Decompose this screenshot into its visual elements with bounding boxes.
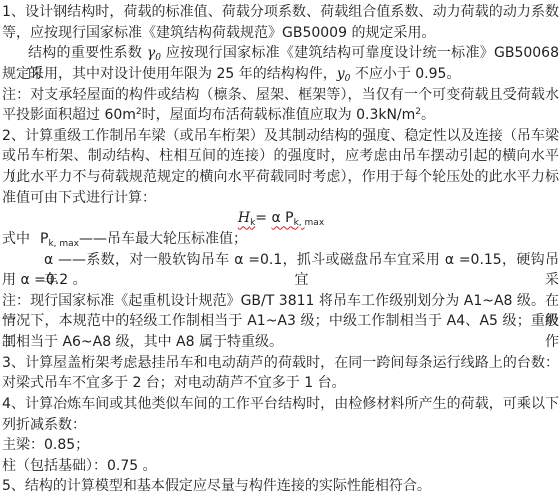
item4-line1: 4、计算冶炼车间或其他类似车间的工作平台结构时，由检修材料所产生的荷载，可乘以下 xyxy=(2,394,560,415)
text-run: 时，屋面均布活荷载标准值应取为 0.3kN/m xyxy=(142,107,416,123)
note1-line1: 注：对支承轻屋面的构件或结构（檩条、屋架、框架等），当仅有一个可变荷载且受荷载水 xyxy=(2,85,560,106)
item2-line1: 2、计算重级工作制吊车梁（或吊车桁架）及其制动结构的强度、稳定性以及连接（吊车梁 xyxy=(2,126,560,147)
P-subscript-k: k, xyxy=(294,218,305,228)
text-run: 列折减系数： xyxy=(2,417,86,433)
formula-Hk: Hk xyxy=(238,210,255,226)
text-run: 5、结构的计算模型和基本假定应尽量与构件连接的实际性能相符合。 xyxy=(2,478,431,494)
text-run: 注：对支承轻屋面的构件或结构（檩条、屋架、框架等），当仅有一个可变荷载且受荷载水 xyxy=(2,87,559,103)
text-run: 主梁：0.85； xyxy=(2,437,89,453)
item5-line: 5、结构的计算模型和基本假定应尽量与构件连接的实际性能相符合。 xyxy=(2,476,560,497)
subscript-max: max xyxy=(305,218,325,228)
text-run: 准值可由下式进行计算： xyxy=(2,190,156,206)
item2-line3: （此水平力不与荷载规范规定的横向水平荷载同时考虑），作用于每个轮压处的此水平力标 xyxy=(2,167,560,188)
note2-line2: 情况下，本规范中的轻级工作制相当于 A1~A3 级；中级工作制相当于 A4、A5… xyxy=(2,311,560,332)
importance-factor-line2: 规定采用，其中对设计使用年限为 25 年的结构构件，y0 不应小于 0.95。 xyxy=(2,64,560,85)
text-run: 等，应按现行国家标准《建筑结构荷载规范》GB50009 的规定采用。 xyxy=(2,25,435,41)
formula-line: Hk= α Pk, max xyxy=(2,208,560,229)
note2-line1: 注：现行国家标准《起重机设计规范》GB/T 3811 将吊车工作级别划分为 A1… xyxy=(2,291,560,312)
text-run: 式中 xyxy=(2,231,30,247)
item2-line4: 准值可由下式进行计算： xyxy=(2,188,560,209)
item4-line2: 列折减系数： xyxy=(2,415,560,436)
reduction-main-girder: 主梁：0.85； xyxy=(2,435,560,456)
item2-line2: 或吊车桁架、制动结构、柱相互间的连接）的强度时，应考虑由吊车摆动引起的横向水平力 xyxy=(2,146,560,167)
text-run: 不应小于 0.95。 xyxy=(350,66,460,82)
text-run: 4、计算冶炼车间或其他类似车间的工作平台结构时，由检修材料所产生的荷载，可乘以下 xyxy=(2,396,559,412)
importance-factor-line1: 结构的重要性系数 γ0 应按现行国家标准《建筑结构可靠度设计统一标准》GB500… xyxy=(2,43,560,64)
text-run: 3、计算屋盖桁架考虑悬挂吊车和电动葫芦的荷载时，在同一跨间每条运行线路上的台数： xyxy=(2,355,559,371)
text-run: 平投影面积超过 60m xyxy=(2,107,136,123)
text-run: 用 α =0.2 。 xyxy=(2,272,87,288)
text-run: 对梁式吊车不宜多于 2 台；对电动葫芦不宜多于 1 台。 xyxy=(2,375,346,391)
equals-sign: = xyxy=(255,210,271,226)
Pkmax-subscript: k, max xyxy=(48,239,79,249)
formula-alpha-Pk: α Pk, xyxy=(271,210,304,226)
text-run: α ——系数，对一般软钩吊车 α =0.1，抓斗或磁盘吊车宜采用 α =0.15… xyxy=(44,252,559,289)
item3-line1: 3、计算屋盖桁架考虑悬挂吊车和电动葫芦的荷载时，在同一跨间每条运行线路上的台数： xyxy=(2,353,560,374)
document-page: 1、设计钢结构时，荷载的标准值、荷载分项系数、荷载组合值系数、动力荷载的动力系数… xyxy=(0,0,560,497)
note1-line2: 平投影面积超过 60m2时，屋面均布活荷载标准值应取为 0.3kN/m2。 xyxy=(2,105,560,126)
item1-line2: 等，应按现行国家标准《建筑结构荷载规范》GB50009 的规定采用。 xyxy=(2,23,560,44)
y0-symbol: y xyxy=(337,66,345,82)
text-run: 柱（包括基础）：0.75 。 xyxy=(2,458,157,474)
text-run: 2、计算重级工作制吊车梁（或吊车桁架）及其制动结构的强度、稳定性以及连接（吊车梁 xyxy=(2,128,559,144)
formula-legend-alpha-line1: α ——系数，对一般软钩吊车 α =0.1，抓斗或磁盘吊车宜采用 α =0.15… xyxy=(2,250,560,271)
text-run: 规定采用，其中对设计使用年限为 25 年的结构构件， xyxy=(2,66,337,82)
item3-line2: 对梁式吊车不宜多于 2 台；对电动葫芦不宜多于 1 台。 xyxy=(2,373,560,394)
alpha-P-run: α P xyxy=(271,210,293,226)
H-symbol: H xyxy=(238,210,250,226)
text-run: 1、设计钢结构时，荷载的标准值、荷载分项系数、荷载组合值系数、动力荷载的动力系数 xyxy=(2,4,559,20)
reduction-column: 柱（包括基础）：0.75 。 xyxy=(2,456,560,477)
text-run: ——吊车最大轮压标准值； xyxy=(79,231,247,247)
text-run: 制相当于 A6~A8 级，其中 A8 属于特重级。 xyxy=(2,334,283,350)
formula-legend-pkmax: 式中Pk, max——吊车最大轮压标准值； xyxy=(2,229,560,250)
item1-line1: 1、设计钢结构时，荷载的标准值、荷载分项系数、荷载组合值系数、动力荷载的动力系数 xyxy=(2,2,560,23)
text-run: （此水平力不与荷载规范规定的横向水平荷载同时考虑），作用于每个轮压处的此水平力标 xyxy=(2,169,559,185)
text-run: 结构的重要性系数 xyxy=(28,45,147,61)
text-run: 。 xyxy=(421,107,435,123)
